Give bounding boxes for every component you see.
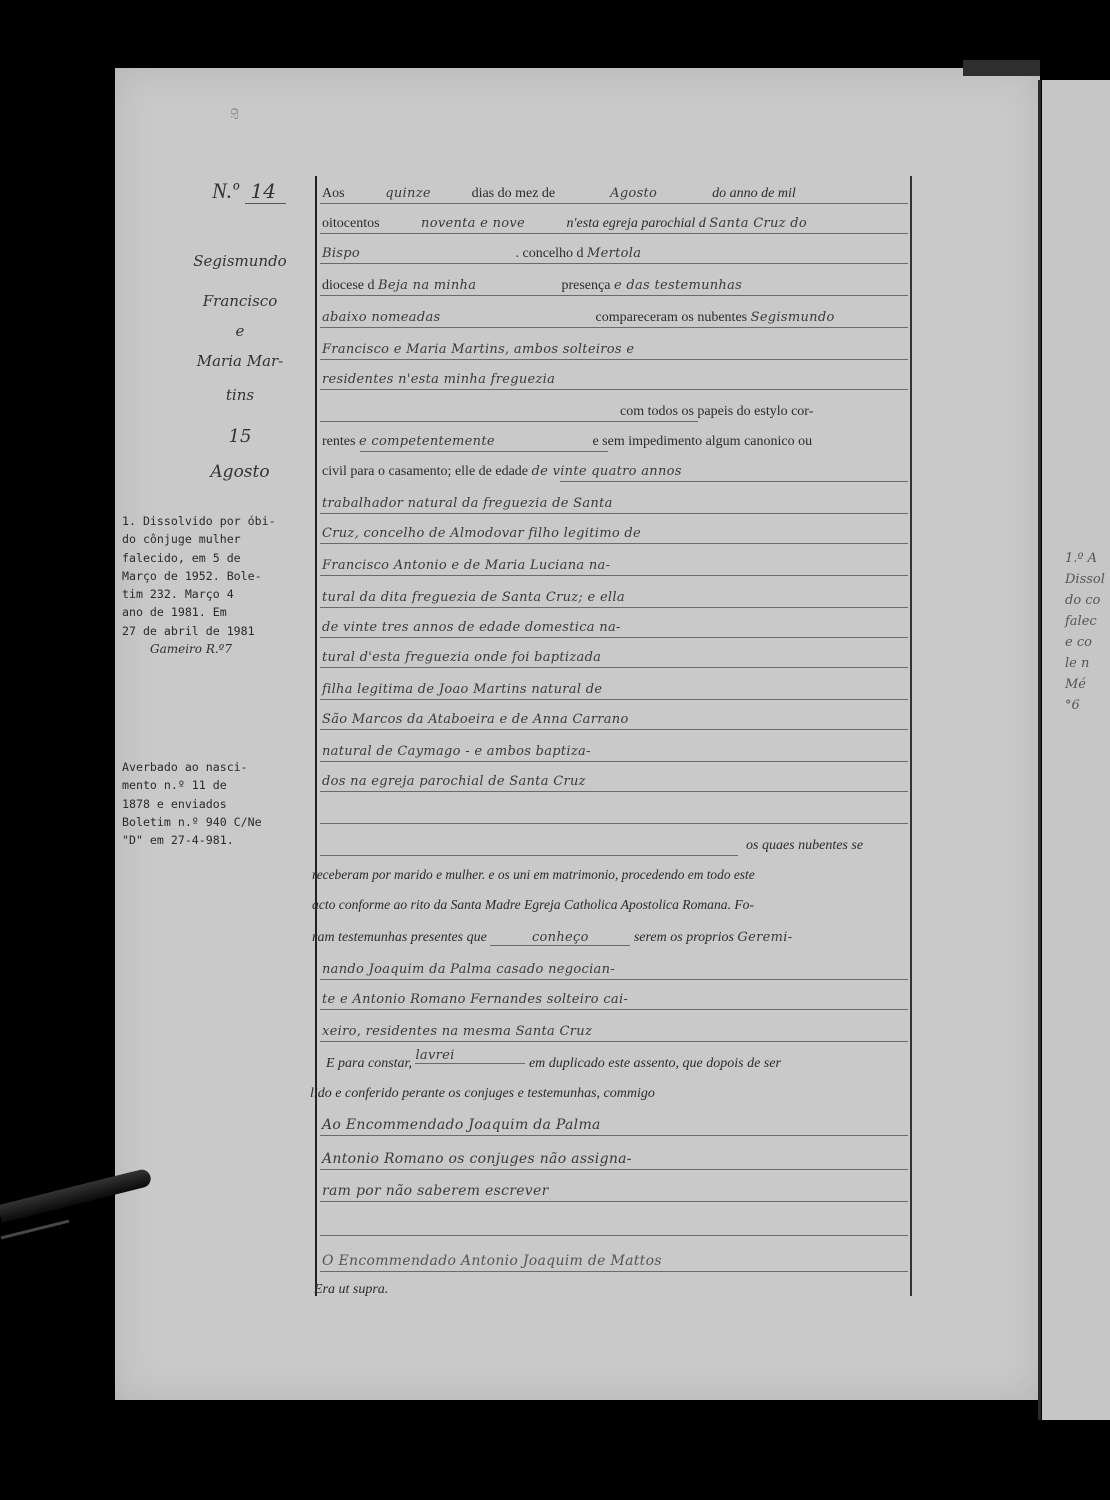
- entry-number-value: 14: [245, 179, 286, 204]
- entry-number-label: N.º: [212, 178, 239, 203]
- record-line: natural de Caymago - e ambos baptiza-: [320, 738, 908, 768]
- margin-month: Agosto: [170, 462, 310, 482]
- margin-annotation-dissolution: 1. Dissolvido por óbi- do cônjuge mulher…: [122, 512, 314, 658]
- annotation-line: tim 232. Março 4: [122, 585, 314, 603]
- printed-text: presença: [561, 278, 610, 293]
- note-line: Dissol: [1065, 572, 1105, 587]
- margin-name-4: Maria Mar-: [170, 352, 310, 370]
- printed-closing: Era ut supra.: [314, 1282, 388, 1297]
- printed-text: ram testemunhas presentes que: [312, 930, 487, 945]
- handwritten-text: dos na egreja parochial de Santa Cruz: [322, 774, 586, 789]
- handwritten-text: Cruz, concelho de Almodovar filho legiti…: [322, 526, 641, 541]
- printed-text: dias do mez de: [472, 186, 556, 201]
- margin-rule: [315, 176, 317, 1296]
- annotation-line: ano de 1981. Em: [122, 603, 314, 621]
- handwritten-municipality: Mertola: [587, 246, 641, 261]
- handwritten-parish: Santa Cruz do: [709, 216, 807, 231]
- note-line: e co: [1065, 635, 1092, 650]
- handwritten-text: conheço: [490, 930, 630, 946]
- record-line: com todos os papeis do estylo cor-: [320, 398, 908, 428]
- spine-shadow: [963, 60, 1040, 76]
- entry-number: N.º 14: [212, 178, 286, 204]
- handwritten-text: trabalhador natural da freguezia de Sant…: [322, 496, 613, 511]
- record-line: tural da dita freguezia de Santa Cruz; e…: [320, 584, 908, 614]
- margin-name-3: e: [170, 322, 310, 340]
- printed-text: civil para o casamento; elle de edade: [322, 464, 528, 479]
- printed-text: . concelho d: [516, 246, 584, 261]
- handwritten-text: lavrei: [415, 1048, 525, 1064]
- record-line: Francisco e Maria Martins, ambos solteir…: [320, 336, 908, 366]
- printed-text: lido e conferido perante os conjuges e t…: [310, 1086, 655, 1101]
- handwritten-text: ram por não saberem escrever: [322, 1183, 549, 1199]
- adjacent-page-annotation: 1.º A Dissol do co falec e co le n Mé °6: [1065, 548, 1105, 716]
- right-rule: [910, 176, 912, 1296]
- record-line: oitocentos noventa e nove n'esta egreja …: [320, 210, 908, 240]
- handwritten-parish-cont: Bispo: [322, 246, 512, 261]
- handwritten-witness: xeiro, residentes na mesma Santa Cruz: [322, 1024, 592, 1039]
- record-line: Cruz, concelho de Almodovar filho legiti…: [320, 520, 908, 550]
- handwritten-diocese: Beja na minha: [378, 278, 558, 293]
- annotation-line: Março de 1952. Bole-: [122, 567, 314, 585]
- annotation-line: 1. Dissolvido por óbi-: [122, 512, 314, 530]
- note-line: Mé: [1065, 677, 1086, 692]
- margin-name-1: Segismundo: [170, 252, 310, 270]
- handwritten-text: tural da dita freguezia de Santa Cruz; e…: [322, 590, 625, 605]
- printed-text: os quaes nubentes se: [746, 838, 863, 853]
- handwritten-witness: Geremi-: [737, 930, 792, 945]
- handwritten-residence: residentes n'esta minha freguezia: [322, 372, 555, 387]
- signature-line: ram por não saberem escrever: [320, 1178, 908, 1208]
- printed-text: com todos os papeis do estylo cor-: [620, 404, 813, 419]
- note-line: 1.º A: [1065, 551, 1097, 566]
- printed-text: serem os proprios: [634, 930, 734, 945]
- record-line: abaixo nomeadas compareceram os nubentes…: [320, 304, 908, 334]
- handwritten-priest-signature: O Encommendado Antonio Joaquim de Mattos: [322, 1253, 662, 1269]
- handwritten-text: natural de Caymago - e ambos baptiza-: [322, 744, 591, 759]
- adjacent-page: [1042, 80, 1110, 1420]
- record-line: trabalhador natural da freguezia de Sant…: [320, 490, 908, 520]
- annotation-line: Averbado ao nasci-: [122, 758, 314, 776]
- record-line: nando Joaquim da Palma casado negocian-: [320, 956, 908, 986]
- record-line: ram testemunhas presentes que conheço se…: [320, 924, 908, 954]
- printed-text: em duplicado este assento, que dopois de…: [529, 1056, 781, 1071]
- handwritten-month: Agosto: [559, 186, 709, 201]
- record-line: te e Antonio Romano Fernandes solteiro c…: [320, 986, 908, 1016]
- record-line: xeiro, residentes na mesma Santa Cruz: [320, 1018, 908, 1048]
- record-line: São Marcos da Ataboeira e de Anna Carran…: [320, 706, 908, 736]
- record-line: [320, 800, 908, 830]
- annotation-line: "D" em 27-4-981.: [122, 831, 314, 849]
- signature-line: [320, 1212, 908, 1242]
- note-line: do co: [1065, 593, 1100, 608]
- record-line: rentes e competentemente e sem impedimen…: [320, 428, 908, 458]
- record-line: residentes n'esta minha freguezia: [320, 366, 908, 396]
- handwritten-text: e competentemente: [359, 434, 589, 449]
- printed-text: e sem impedimento algum canonico ou: [592, 434, 812, 449]
- handwritten-witness: nando Joaquim da Palma casado negocian-: [322, 962, 615, 977]
- handwritten-names: Francisco e Maria Martins, ambos solteir…: [322, 342, 634, 357]
- signature-line: Antonio Romano os conjuges não assigna-: [320, 1146, 908, 1176]
- handwritten-signature: Ao Encommendado Joaquim da Palma: [322, 1117, 601, 1133]
- annotation-line: mento n.º 11 de: [122, 776, 314, 794]
- handwritten-year: noventa e nove: [383, 216, 563, 231]
- handwritten-text: de vinte tres annos de edade domestica n…: [322, 620, 621, 635]
- printed-text: compareceram os nubentes: [596, 310, 748, 325]
- note-line: le n: [1065, 656, 1089, 671]
- margin-day: 15: [170, 426, 310, 447]
- record-line: Aos quinze dias do mez de Agosto do anno…: [320, 180, 908, 210]
- signature-line: O Encommendado Antonio Joaquim de Mattos: [320, 1248, 908, 1278]
- annotation-line: 1878 e enviados: [122, 795, 314, 813]
- handwritten-signature: Antonio Romano os conjuges não assigna-: [322, 1151, 632, 1167]
- record-line: E para constar, lavrei em duplicado este…: [320, 1050, 908, 1080]
- record-line: acto conforme ao rito da Santa Madre Egr…: [320, 892, 908, 922]
- record-line: Bispo . concelho d Mertola: [320, 240, 908, 270]
- record-line: filha legitima de Joao Martins natural d…: [320, 676, 908, 706]
- annotation-line: do cônjuge mulher: [122, 530, 314, 548]
- handwritten-groom-name: Segismundo: [751, 310, 835, 325]
- printed-text: acto conforme ao rito da Santa Madre Egr…: [312, 897, 754, 912]
- note-line: falec: [1065, 614, 1097, 629]
- handwritten-witness: te e Antonio Romano Fernandes solteiro c…: [322, 992, 628, 1007]
- record-line: Francisco Antonio e de Maria Luciana na-: [320, 552, 908, 582]
- handwritten-text: filha legitima de Joao Martins natural d…: [322, 682, 602, 697]
- record-line: tural d'esta freguezia onde foi baptizad…: [320, 644, 908, 674]
- record-line: receberam por marido e mulher. e os uni …: [320, 862, 908, 892]
- handwritten-text: e das testemunhas: [614, 278, 742, 293]
- annotation-line: falecido, em 5 de: [122, 549, 314, 567]
- handwritten-text: tural d'esta freguezia onde foi baptizad…: [322, 650, 601, 665]
- margin-name-5: tins: [170, 386, 310, 404]
- printed-text: n'esta egreja parochial d: [567, 216, 706, 231]
- page-stamp: Ϭ?: [228, 108, 239, 119]
- record-line: diocese d Beja na minha presença e das t…: [320, 272, 908, 302]
- record-line: de vinte tres annos de edade domestica n…: [320, 614, 908, 644]
- printed-text: do anno de mil: [712, 186, 796, 201]
- printed-text: diocese d: [322, 278, 374, 293]
- printed-text: E para constar,: [326, 1056, 412, 1071]
- binding-thread: [1038, 80, 1041, 1420]
- record-line: civil para o casamento; elle de edade de…: [320, 458, 908, 488]
- printed-text: Aos: [322, 186, 345, 201]
- printed-text: rentes: [322, 434, 355, 449]
- margin-name-2: Francisco: [170, 292, 310, 310]
- record-line: os quaes nubentes se: [320, 832, 908, 862]
- handwritten-text: Francisco Antonio e de Maria Luciana na-: [322, 558, 610, 573]
- handwritten-day: quinze: [348, 186, 468, 201]
- handwritten-text: São Marcos da Ataboeira e de Anna Carran…: [322, 712, 629, 727]
- record-line: Era ut supra.: [320, 1276, 908, 1306]
- handwritten-text: abaixo nomeadas: [322, 310, 592, 325]
- margin-annotation-birth-record: Averbado ao nasci- mento n.º 11 de 1878 …: [122, 758, 314, 849]
- annotation-line: 27 de abril de 1981: [122, 622, 314, 640]
- printed-text: receberam por marido e mulher. e os uni …: [312, 867, 755, 882]
- note-line: °6: [1065, 698, 1080, 713]
- record-line: lido e conferido perante os conjuges e t…: [320, 1080, 908, 1110]
- handwritten-groom-age: de vinte quatro annos: [532, 464, 682, 479]
- signature-line: Ao Encommendado Joaquim da Palma: [320, 1112, 908, 1142]
- record-line: dos na egreja parochial de Santa Cruz: [320, 768, 908, 798]
- annotation-line: Boletim n.º 940 C/Ne: [122, 813, 314, 831]
- printed-text: oitocentos: [322, 216, 380, 231]
- annotation-signature: Gameiro R.º7: [122, 640, 314, 658]
- pen-shadow: [1, 1220, 70, 1240]
